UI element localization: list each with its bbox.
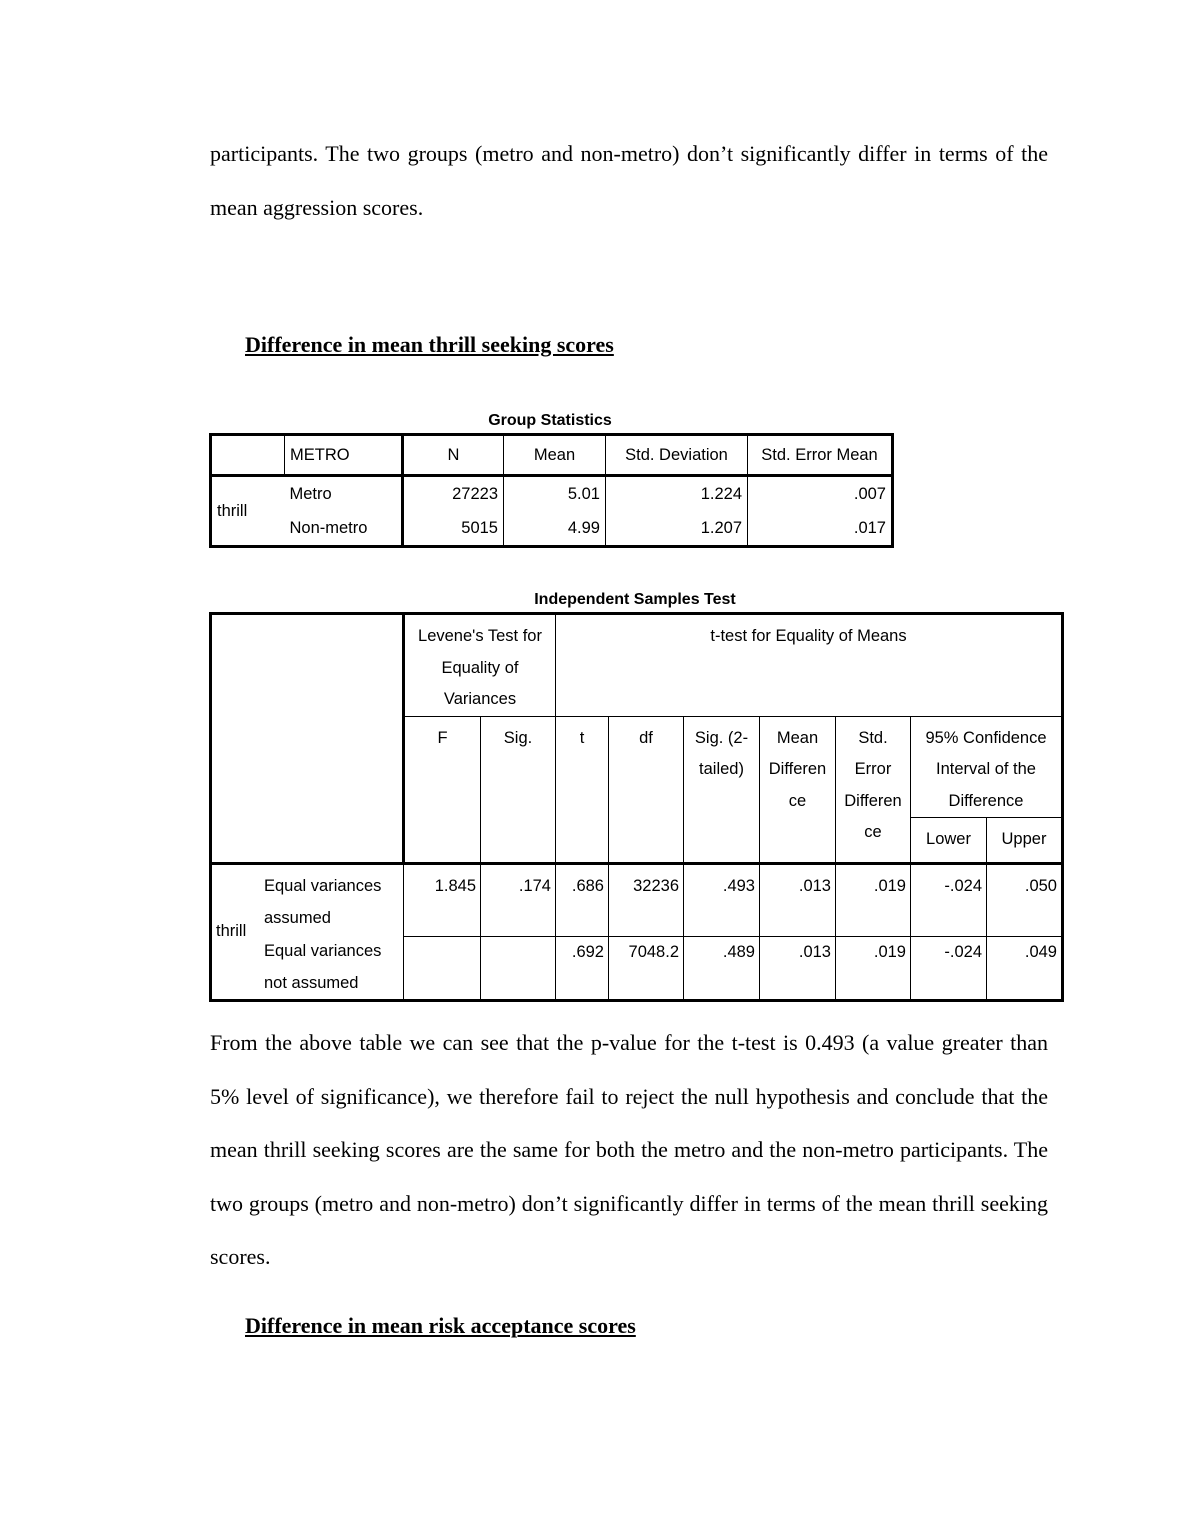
table-row: thrill Equal variances assumed 1.845 .17… [211, 864, 1063, 937]
section-heading: Difference in mean thrill seeking scores [245, 332, 614, 358]
cell-sig: .174 [481, 864, 556, 937]
cell-mean: 4.99 [504, 511, 606, 547]
header-std-error-mean: Std. Error Mean [748, 435, 893, 476]
group-statistics-title: Group Statistics [209, 412, 891, 430]
row-label-line: Equal variances [264, 936, 399, 968]
cell-sig-2-tailed: .493 [684, 864, 760, 937]
header-line: ce [840, 817, 906, 849]
header-std-deviation: Std. Deviation [606, 435, 748, 476]
levene-line: Equality of [409, 653, 551, 685]
header-line: Difference [915, 786, 1057, 818]
next-section-heading: Difference in mean risk acceptance score… [245, 1313, 636, 1339]
header-line: ce [764, 786, 831, 818]
header-upper: Upper [987, 818, 1063, 864]
header-n: N [403, 435, 504, 476]
cell-sd: 1.224 [606, 476, 748, 512]
cell-upper: .049 [987, 936, 1063, 1001]
cell-lower: -.024 [911, 936, 987, 1001]
row-label-equal-variances-assumed: Equal variances assumed [260, 864, 404, 937]
header-line: Std. [840, 723, 906, 755]
header-ttest: t-test for Equality of Means [556, 614, 1063, 717]
header-mean: Mean [504, 435, 606, 476]
header-line: Error [840, 754, 906, 786]
conclusion-paragraph: From the above table we can see that the… [210, 1016, 1048, 1284]
cell-mean: 5.01 [504, 476, 606, 512]
variable-label: thrill [211, 476, 285, 547]
row-label-equal-variances-not-assumed: Equal variances not assumed [260, 936, 404, 1001]
header-std-error-difference: Std. Error Differen ce [836, 716, 911, 864]
header-blank [211, 614, 404, 864]
cell-lower: -.024 [911, 864, 987, 937]
row-label-line: assumed [264, 903, 399, 935]
table-header-row: Levene's Test for Equality of Variances … [211, 614, 1063, 717]
cell-sig-2-tailed: .489 [684, 936, 760, 1001]
independent-samples-test-table: Levene's Test for Equality of Variances … [209, 612, 1064, 1002]
row-label-line: not assumed [264, 968, 399, 1000]
independent-samples-test-title: Independent Samples Test [209, 591, 1061, 609]
header-line: Differen [840, 786, 906, 818]
cell-f: 1.845 [404, 864, 481, 937]
header-line: Interval of the [915, 754, 1057, 786]
cell-std-error-difference: .019 [836, 864, 911, 937]
cell-df: 7048.2 [609, 936, 684, 1001]
group-statistics-table: METRO N Mean Std. Deviation Std. Error M… [209, 433, 894, 548]
cell-n: 5015 [403, 511, 504, 547]
cell-sd: 1.207 [606, 511, 748, 547]
header-blank [211, 435, 285, 476]
header-sig: Sig. [481, 716, 556, 864]
cell-mean-difference: .013 [760, 936, 836, 1001]
table-row: thrill Metro 27223 5.01 1.224 .007 [211, 476, 893, 512]
header-metro: METRO [285, 435, 403, 476]
header-line: 95% Confidence [915, 723, 1057, 755]
cell-f [404, 936, 481, 1001]
header-confidence-interval: 95% Confidence Interval of the Differenc… [911, 716, 1063, 818]
cell-mean-difference: .013 [760, 864, 836, 937]
intro-paragraph: participants. The two groups (metro and … [210, 127, 1048, 234]
levene-line: Levene's Test for [409, 621, 551, 653]
cell-n: 27223 [403, 476, 504, 512]
header-line: Differen [764, 754, 831, 786]
table-row: Non-metro 5015 4.99 1.207 .017 [211, 511, 893, 547]
cell-df: 32236 [609, 864, 684, 937]
table-header-row: METRO N Mean Std. Deviation Std. Error M… [211, 435, 893, 476]
header-line: Mean [764, 723, 831, 755]
header-lower: Lower [911, 818, 987, 864]
header-line: tailed) [688, 754, 755, 786]
cell-upper: .050 [987, 864, 1063, 937]
header-mean-difference: Mean Differen ce [760, 716, 836, 864]
header-t: t [556, 716, 609, 864]
cell-std-error-difference: .019 [836, 936, 911, 1001]
header-f: F [404, 716, 481, 864]
cell-se: .007 [748, 476, 893, 512]
cell-sig [481, 936, 556, 1001]
group-label: Non-metro [285, 511, 403, 547]
group-label: Metro [285, 476, 403, 512]
cell-t: .686 [556, 864, 609, 937]
header-line: Sig. (2- [688, 723, 755, 755]
table-row: Equal variances not assumed .692 7048.2 … [211, 936, 1063, 1001]
levene-line: Variances [409, 684, 551, 716]
row-label-line: Equal variances [264, 871, 399, 903]
cell-se: .017 [748, 511, 893, 547]
header-sig-2-tailed: Sig. (2- tailed) [684, 716, 760, 864]
cell-t: .692 [556, 936, 609, 1001]
header-levene: Levene's Test for Equality of Variances [404, 614, 556, 717]
variable-label: thrill [211, 864, 261, 1001]
header-df: df [609, 716, 684, 864]
